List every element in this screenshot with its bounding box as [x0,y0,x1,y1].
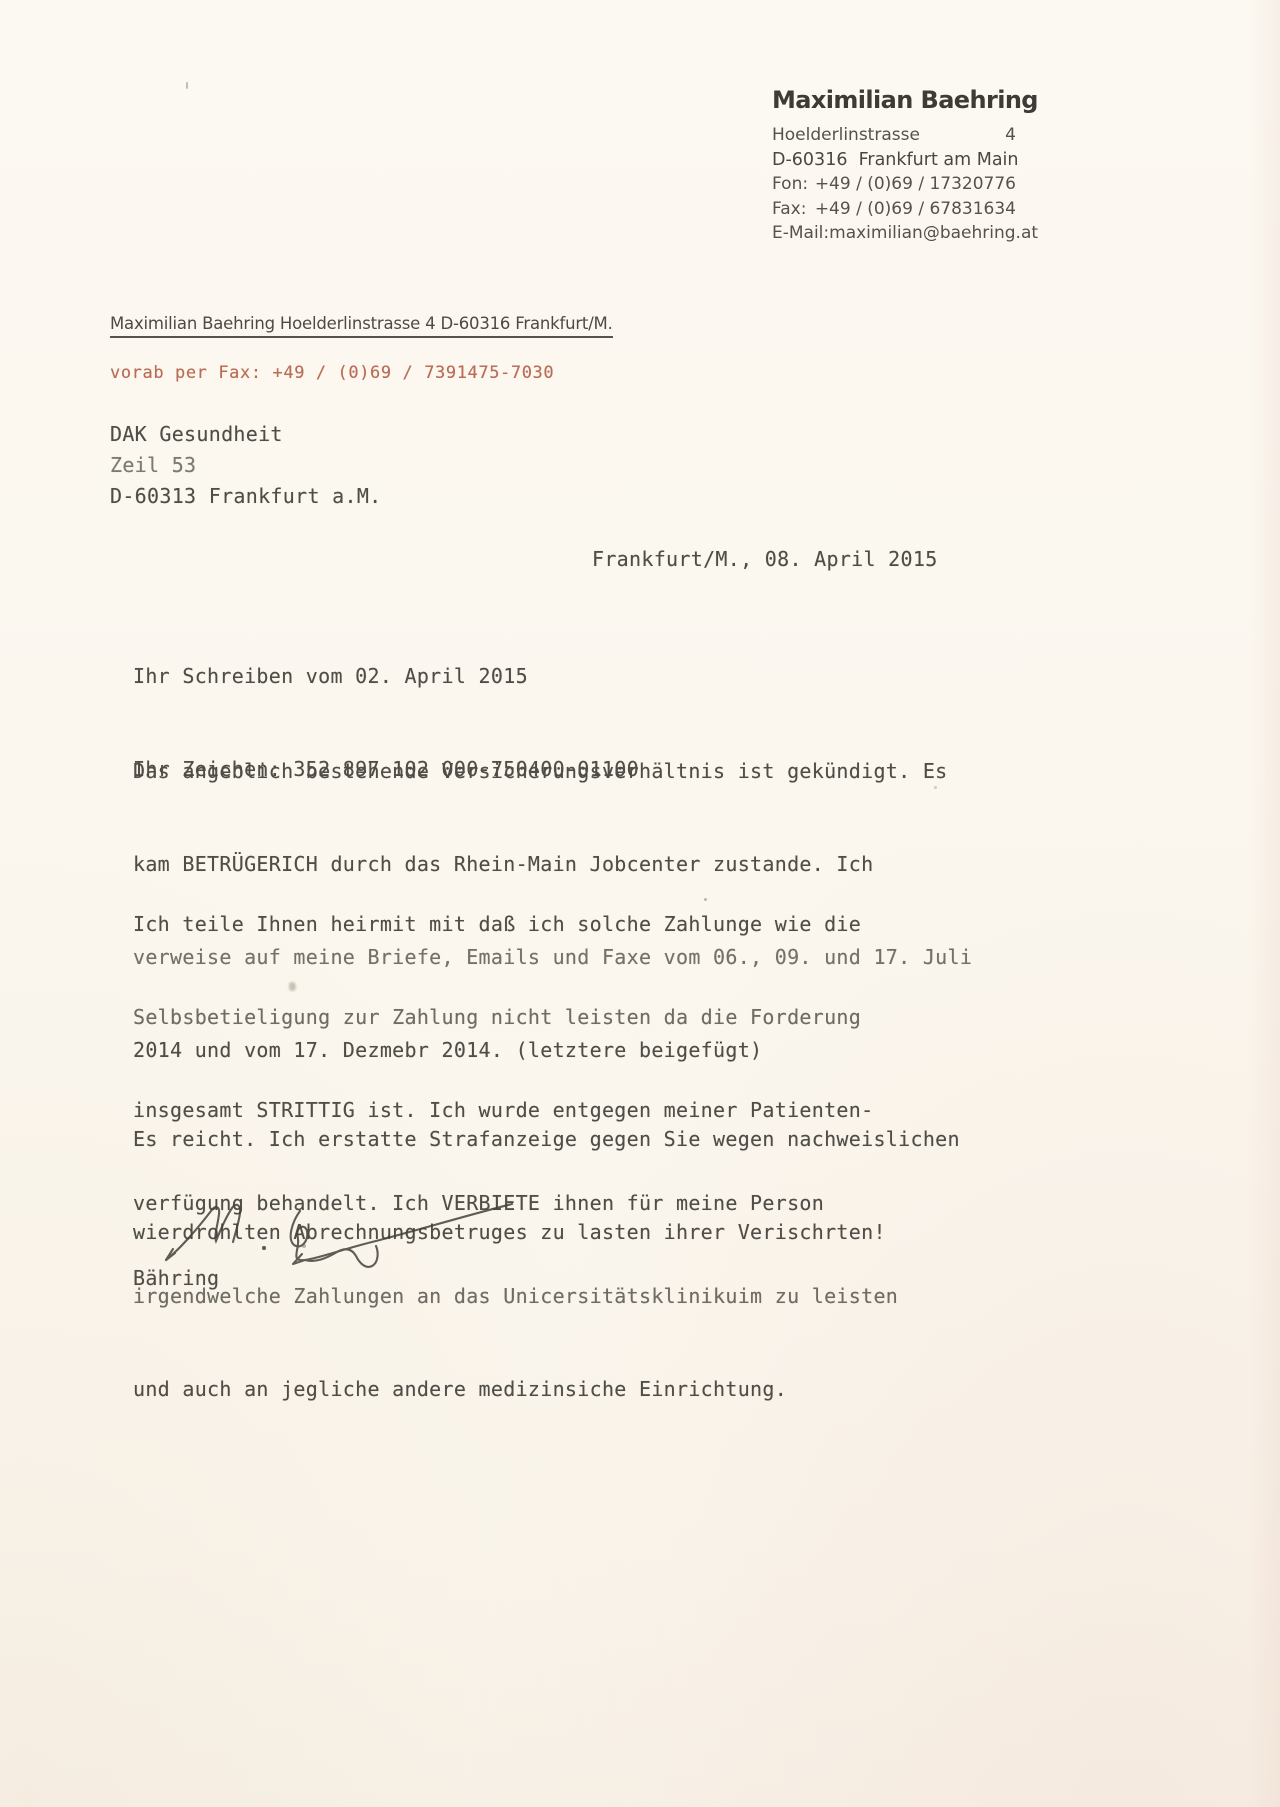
sender-street: Hoelderlinstrasse 4 [772,123,1016,148]
recipient-address: DAK Gesundheit Zeil 53 D-60313 Frankfurt… [110,419,382,512]
street-number: 4 [1005,123,1016,148]
scanned-letter-page: { "page": { "paper_color": "#fbf7ef", "i… [0,0,1280,1807]
scan-speck [934,786,937,789]
body-line: Ich teile Ihnen heirmit mit daß ich solc… [133,909,898,940]
signature-name: Bähring [133,1266,219,1290]
email-label: E-Mail: [772,221,829,246]
date-line: Frankfurt/M., 08. April 2015 [592,547,938,571]
email-value: maximilian@baehring.at [829,221,1038,246]
sender-phone-row: Fon: +49 / (0)69 / 17320776 [772,172,1016,197]
sender-fax-row: Fax: +49 / (0)69 / 67831634 [772,197,1016,222]
fax-label: Fax: [772,197,806,222]
sender-city: D-60316 Frankfurt am Main [772,148,1016,173]
sender-name: Maximilian Baehring [772,86,1016,114]
recipient-line: DAK Gesundheit [110,419,382,450]
body-line: Selbsbetieligung zur Zahlung nicht leist… [133,1002,898,1033]
fax-value: +49 / (0)69 / 67831634 [815,197,1016,222]
body-line: Es reicht. Ich erstatte Strafanzeige geg… [133,1124,960,1155]
body-line: Das angeblich bestehende Versicherungsve… [133,756,972,787]
scan-speck [289,982,296,991]
scan-speck [704,898,707,901]
street-name: Hoelderlinstrasse [772,123,920,148]
recipient-line: D-60313 Frankfurt a.M. [110,481,382,512]
recipient-line: Zeil 53 [110,450,382,481]
handwritten-signature [160,1196,518,1276]
return-address-line: Maximilian Baehring Hoelderlinstrasse 4 … [110,314,613,338]
reference-line: Ihr Schreiben vom 02. April 2015 [133,661,639,692]
letterhead: Maximilian Baehring Hoelderlinstrasse 4 … [772,86,1016,246]
sender-email-row: E-Mail: maximilian@baehring.at [772,221,1016,246]
body-line: irgendwelche Zahlungen an das Unicersitä… [133,1281,898,1312]
phone-label: Fon: [772,172,808,197]
fax-note: vorab per Fax: +49 / (0)69 / 7391475-703… [110,363,554,383]
scan-speck [186,82,188,89]
scan-speck [302,1244,306,1248]
phone-value: +49 / (0)69 / 17320776 [815,172,1016,197]
body-line: und auch an jegliche andere medizinsiche… [133,1374,898,1405]
